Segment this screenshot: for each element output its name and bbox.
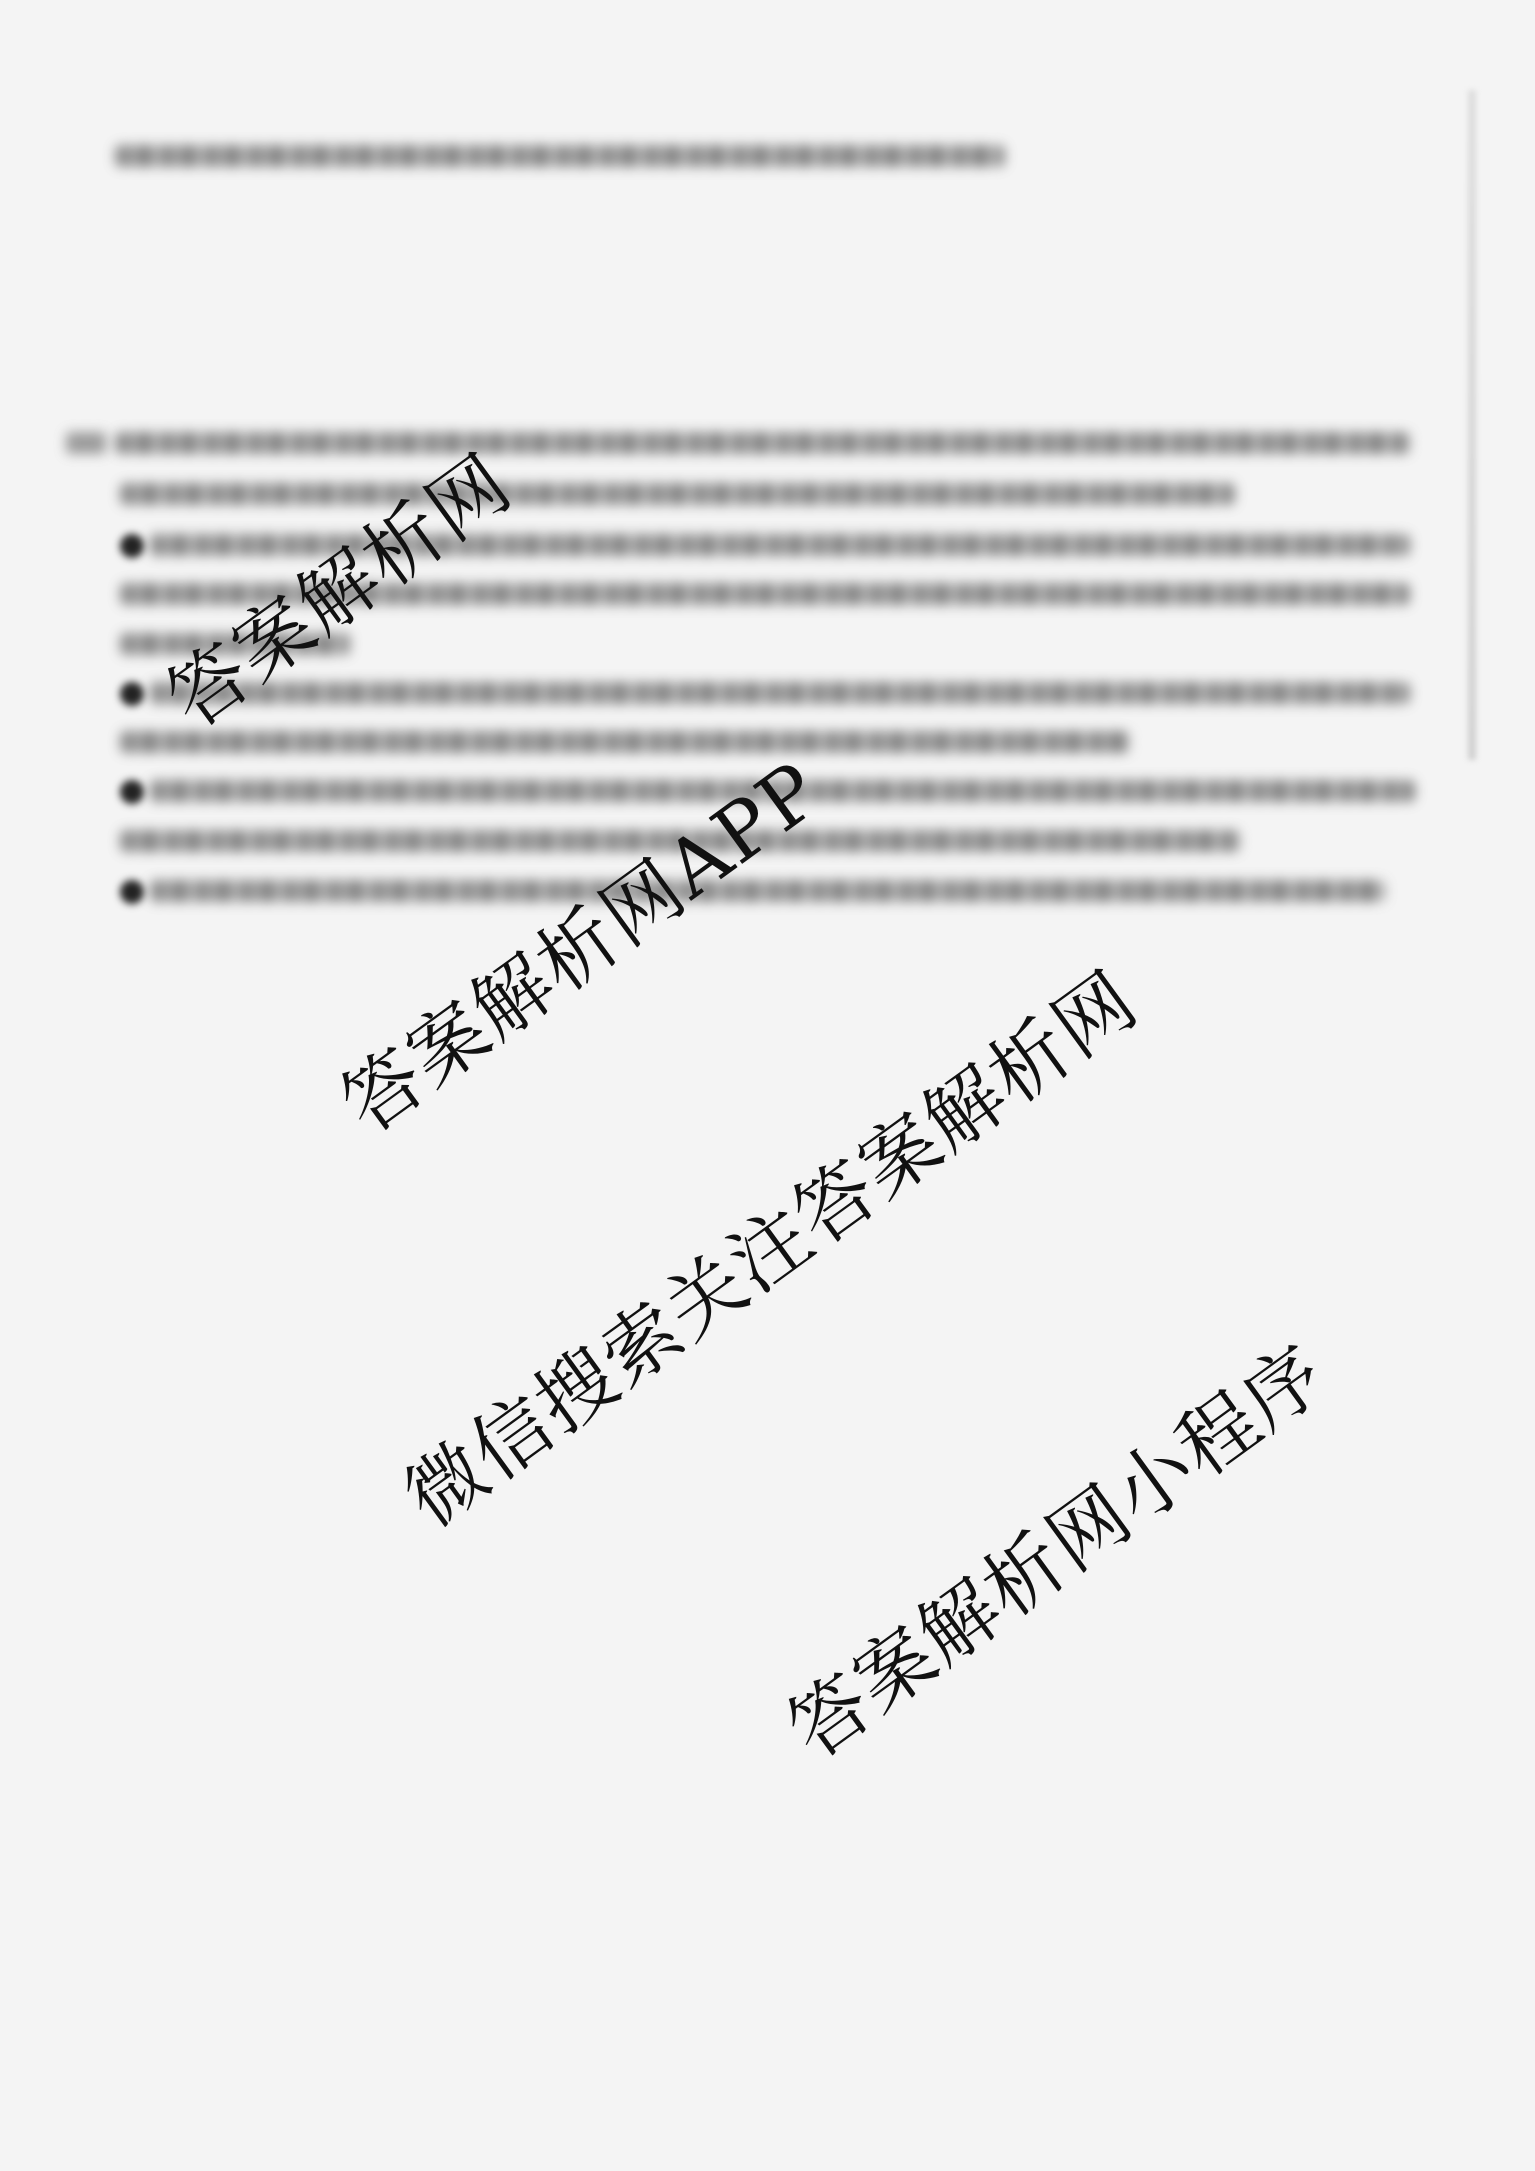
question-line-7: [120, 731, 1130, 753]
question-line-6: [150, 682, 1410, 704]
bullet-icon: [120, 682, 144, 706]
question-line-2: [120, 483, 1235, 505]
watermark-4: 答案解析网小程序: [776, 1332, 1340, 1771]
question-line-10: [150, 880, 1385, 902]
question-line-1: [115, 432, 1410, 454]
bullet-icon: [120, 780, 144, 804]
blurred-text-line-top: [115, 145, 1005, 167]
watermark-2: 答案解析网APP: [330, 750, 835, 1147]
question-number: [66, 432, 106, 454]
bullet-icon: [120, 534, 144, 558]
binding-margin-line: [1468, 90, 1476, 760]
bullet-icon: [120, 880, 144, 904]
